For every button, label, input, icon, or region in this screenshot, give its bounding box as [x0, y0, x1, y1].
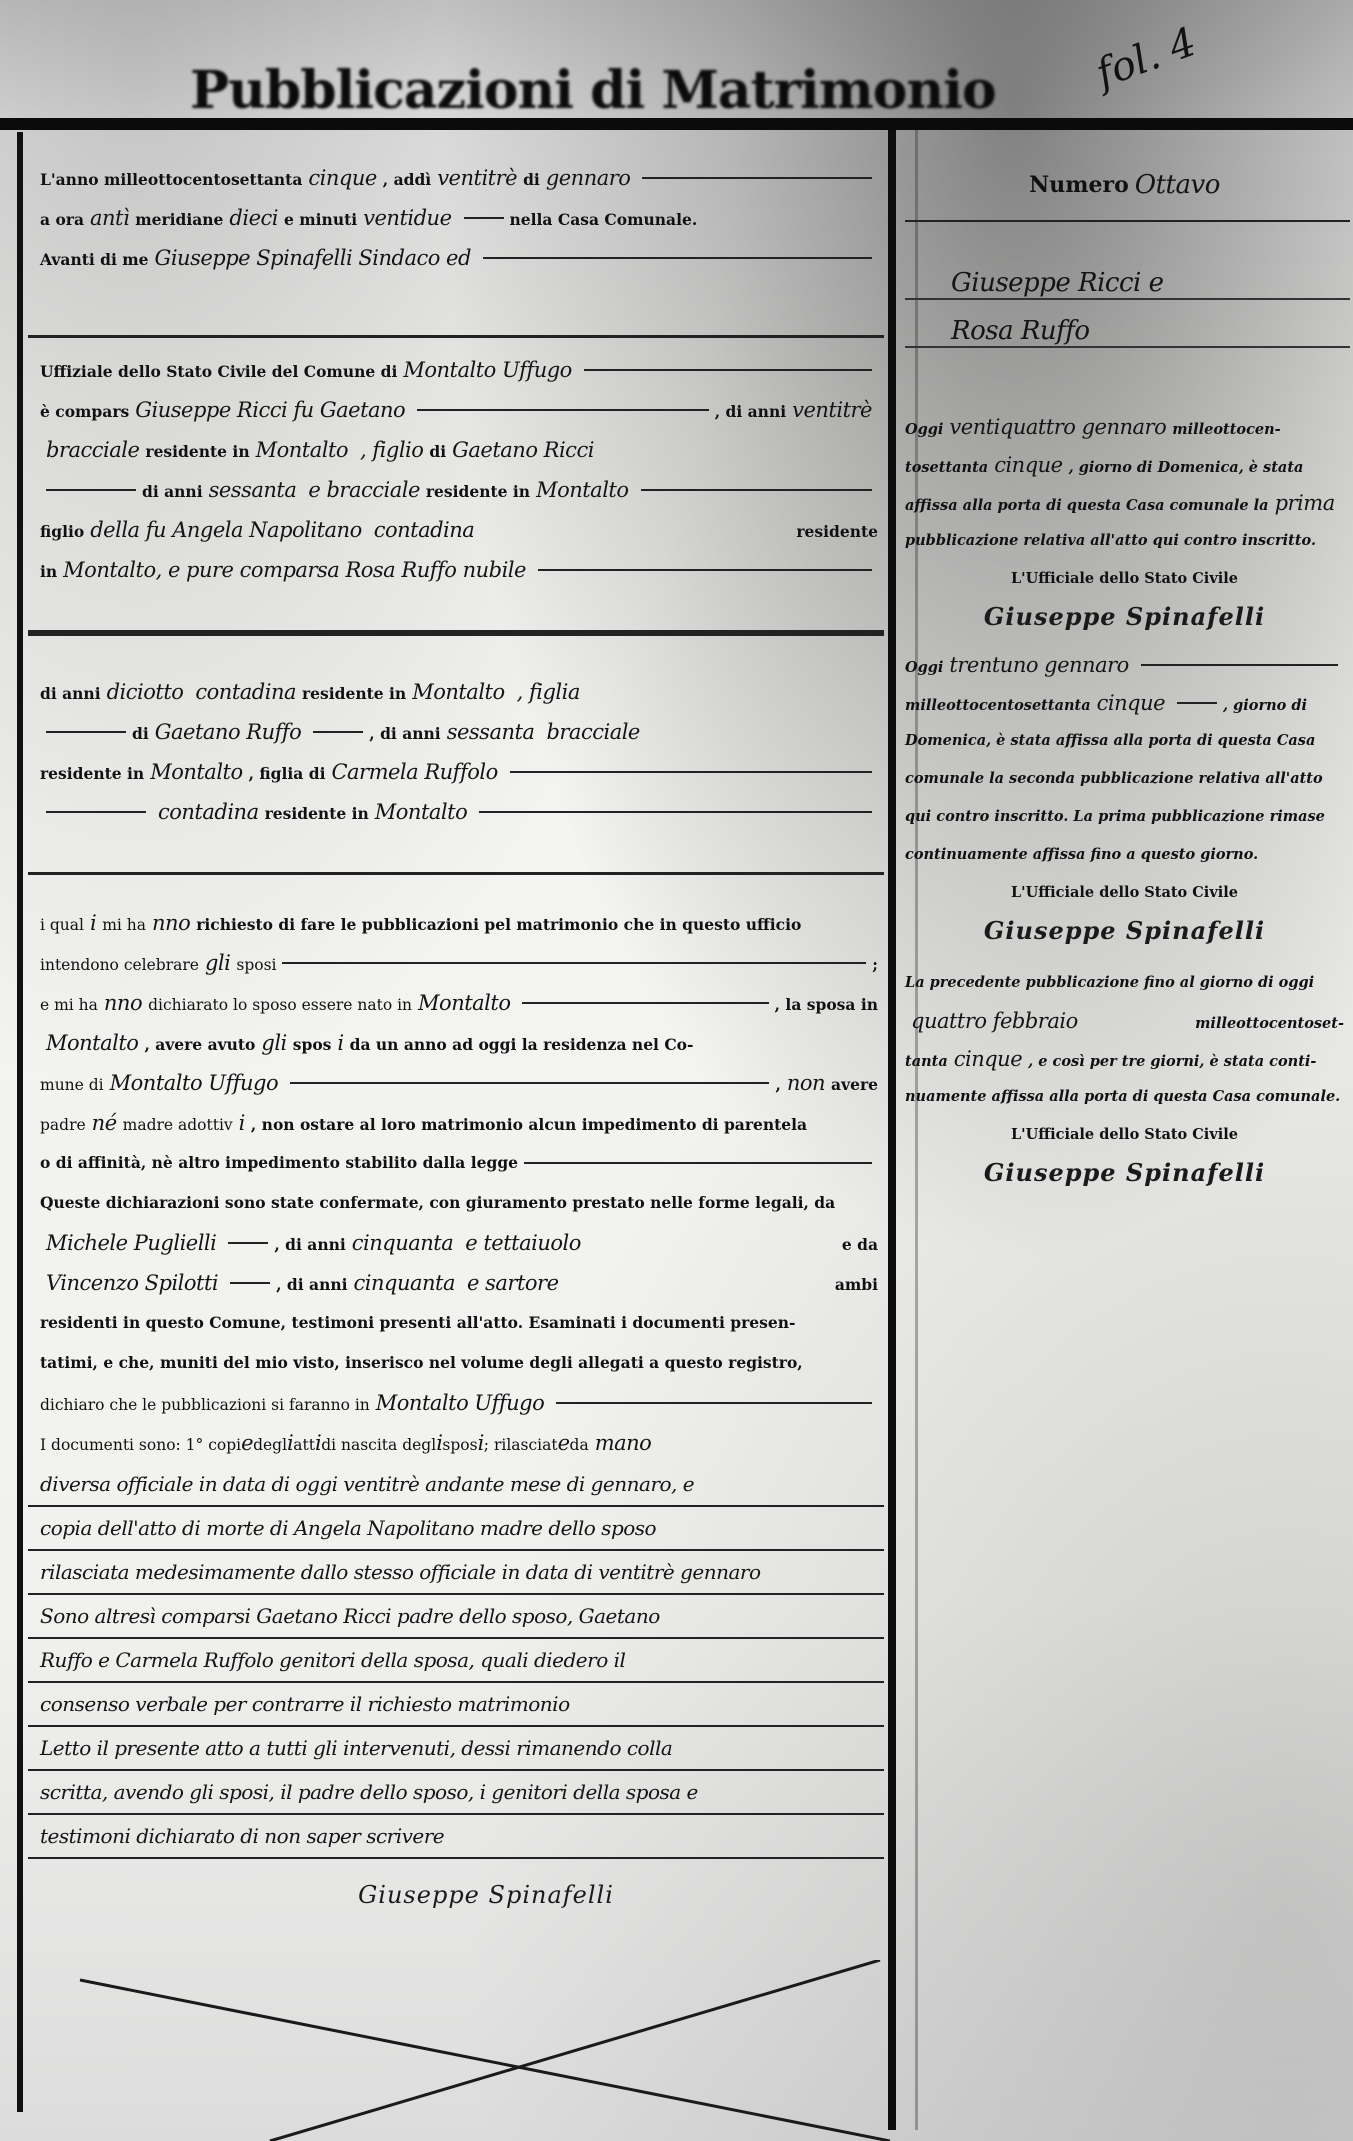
printed-text: residente in	[302, 674, 406, 714]
declarations-block: i qual i mi ha nno richiesto di fare le …	[28, 875, 884, 1909]
notice-line: continuamente affissa fino a questo gior…	[905, 836, 1350, 874]
printed-text: residente in	[40, 754, 144, 794]
officer-label: L'Ufficiale dello Stato Civile	[905, 1116, 1350, 1154]
groom-block: Uffiziale dello Stato Civile del Comune …	[28, 338, 884, 633]
handwritten-text: copia dell'atto di morte di Angela Napol…	[40, 1507, 656, 1549]
printed-text: degl	[253, 1425, 287, 1465]
fill-line	[282, 962, 866, 964]
handwritten-groom-age: ventitrè	[792, 390, 872, 430]
handwritten-mother-occupation: contadina	[374, 510, 475, 550]
printed-text: I documenti sono: 1° copi	[40, 1425, 241, 1465]
handwritten-text: Letto il presente atto a tutti gli inter…	[40, 1727, 672, 1769]
printed-text: tanta	[905, 1043, 948, 1081]
printed-text: tatimi, e che, muniti del mio visto, ins…	[40, 1343, 803, 1383]
intent-line: intendono celebrare gli sposi ;	[28, 943, 884, 983]
bride-age-line: di anni diciotto contadina residente in …	[28, 672, 884, 712]
printed-text: , di anni	[274, 1225, 345, 1265]
officer-line: Avanti di me Giuseppe Spinafelli Sindaco…	[28, 238, 884, 278]
printed-text: di anni	[142, 472, 203, 512]
third-publication-notice: La precedente pubblicazione fino al gior…	[905, 964, 1350, 1192]
printed-text: , avere avuto	[144, 1025, 255, 1065]
handwritten-note-line: Sono altresì comparsi Gaetano Ricci padr…	[28, 1595, 884, 1639]
printed-text: L'anno milleottocentosettanta	[40, 160, 302, 200]
printed-text: e mi ha	[40, 985, 98, 1025]
notice-line: quattro febbraio milleottocentoset-	[905, 1002, 1350, 1040]
printed-text: dichiaro che le pubblicazioni si faranno…	[40, 1385, 370, 1425]
handwritten-date: trentuno gennaro	[949, 646, 1128, 684]
handwritten-hour: dieci	[229, 198, 278, 238]
page-title: Pubblicazioni di Matrimonio	[190, 60, 1090, 121]
witness1-line: Michele Puglielli , di anni cinquanta e …	[28, 1223, 884, 1263]
printed-text: dichiarato lo sposo essere nato in	[148, 985, 412, 1025]
printed-text: continuamente affissa fino a questo gior…	[905, 836, 1258, 874]
fill-line	[538, 569, 872, 571]
handwritten-comune: Montalto Uffugo	[110, 1063, 278, 1103]
printed-text: Uffiziale dello Stato Civile del Comune …	[40, 352, 397, 392]
handwritten-year: cinque	[1097, 684, 1165, 722]
bride-mother-line: residente in Montalto , figlia di Carmel…	[28, 752, 884, 792]
handwritten-date: ventiquattro gennaro	[949, 408, 1166, 446]
notice-line: Oggi ventiquattro gennaro milleottocen-	[905, 408, 1350, 446]
groom-mother-line: figlio della fu Angela Napolitano contad…	[28, 510, 884, 550]
numero-label: Numero	[1029, 172, 1129, 198]
printed-text: , giorno di Domenica, è stata	[1069, 449, 1304, 487]
handwritten-bride-father: Gaetano Ruffo	[155, 712, 302, 752]
bride-block: di anni diciotto contadina residente in …	[28, 633, 884, 875]
handwritten-note-line: Letto il presente atto a tutti gli inter…	[28, 1727, 884, 1771]
fill-line	[1177, 702, 1217, 704]
fill-line	[46, 811, 146, 813]
fill-line	[556, 1402, 872, 1404]
handwritten-occupation: bracciale	[46, 430, 139, 470]
handwritten-text: i	[337, 1023, 343, 1063]
handwritten-text: , figlia	[517, 672, 580, 712]
printed-text: , di anni	[369, 714, 440, 754]
handwritten-groom: Giuseppe Ricci e	[951, 268, 1163, 298]
notice-line: tanta cinque , e così per tre giorni, è …	[905, 1040, 1350, 1078]
handwritten-note-line: Ruffo e Carmela Ruffolo genitori della s…	[28, 1639, 884, 1683]
printed-text: milleottocen-	[1172, 411, 1280, 449]
handwritten-bride-intro: Montalto, e pure comparsa Rosa Ruffo nub…	[63, 550, 526, 590]
printed-text: da	[570, 1425, 589, 1465]
handwritten-residence: Montalto	[375, 792, 467, 832]
printed-text: Oggi	[905, 411, 943, 449]
printed-text: di	[132, 714, 149, 754]
handwritten-year: cinque	[308, 158, 376, 198]
officer-signature: Giuseppe Spinafelli	[358, 1881, 614, 1909]
printed-text: figlio	[40, 512, 84, 552]
printed-text: milleottocentosettanta	[905, 687, 1091, 725]
printed-text: ambi	[835, 1265, 878, 1305]
printed-text: avere	[831, 1065, 878, 1105]
printed-text: tosettanta	[905, 449, 988, 487]
birthplace-line: e mi ha nno dichiarato lo sposo essere n…	[28, 983, 884, 1023]
handwritten-father-age: sessanta	[447, 712, 535, 752]
printed-text: L'Ufficiale dello Stato Civile	[1011, 560, 1238, 598]
fill-line	[1141, 664, 1338, 666]
notice-line: affissa alla porta di questa Casa comuna…	[905, 484, 1350, 522]
printed-text: , di anni	[715, 392, 786, 432]
fill-line	[46, 731, 126, 733]
handwritten-notes: diversa officiale in data di oggi ventit…	[28, 1463, 884, 1859]
notice-line: tosettanta cinque , giorno di Domenica, …	[905, 446, 1350, 484]
printed-text: o di affinità, nè altro impedimento stab…	[40, 1143, 518, 1183]
handwritten-text: Sono altresì comparsi Gaetano Ricci padr…	[40, 1595, 660, 1637]
handwritten-year: cinque	[954, 1040, 1022, 1078]
printed-text: Queste dichiarazioni sono state conferma…	[40, 1183, 835, 1223]
printed-text: nella Casa Comunale.	[510, 200, 698, 240]
printed-text: residente in	[145, 432, 249, 472]
notice-line: qui contro inscritto. La prima pubblicaz…	[905, 798, 1350, 836]
notice-line: nuamente affissa alla porta di questa Ca…	[905, 1078, 1350, 1116]
handwritten-note-line: consenso verbale per contrarre il richie…	[28, 1683, 884, 1727]
printed-text: nuamente affissa alla porta di questa Ca…	[905, 1078, 1340, 1116]
signature-line: Giuseppe Spinafelli	[905, 1154, 1350, 1192]
fill-line	[641, 489, 873, 491]
handwritten-text: gli	[205, 943, 230, 983]
notice-line: pubblicazione relativa all'atto qui cont…	[905, 522, 1350, 560]
handwritten-act-number: Ottavo	[1135, 170, 1220, 200]
printed-text: richiesto di fare le pubblicazioni pel m…	[196, 905, 801, 945]
printed-text: di nascita degl	[321, 1425, 436, 1465]
second-publication-notice: Oggi trentuno gennaro milleottocentosett…	[905, 646, 1350, 950]
handwritten-text: e	[241, 1423, 253, 1463]
handwritten-witness2-age: cinquanta	[354, 1263, 455, 1303]
printed-text: , addì	[383, 160, 431, 200]
printed-text: e minuti	[284, 200, 357, 240]
handwritten-year: cinque	[994, 446, 1062, 484]
fill-line	[46, 489, 136, 491]
marriage-act-column: L'anno milleottocentosettanta cinque , a…	[28, 130, 884, 1909]
handwritten-text: i	[239, 1103, 245, 1143]
handwritten-father-age: sessanta	[209, 470, 297, 510]
notice-line: milleottocentosettanta cinque , giorno d…	[905, 684, 1350, 722]
groom-residence-line: bracciale residente in Montalto , figlio…	[28, 430, 884, 470]
handwritten-publication-place: Montalto Uffugo	[376, 1383, 544, 1423]
handwritten-note-line: rilasciata medesimamente dallo stesso of…	[28, 1551, 884, 1595]
printed-text: L'Ufficiale dello Stato Civile	[1011, 874, 1238, 912]
handwritten-text: consenso verbale per contrarre il richie…	[40, 1683, 570, 1725]
officer-label: L'Ufficiale dello Stato Civile	[905, 874, 1350, 912]
fill-line	[510, 771, 872, 773]
fill-line	[522, 1002, 768, 1004]
handwritten-text: nno	[104, 983, 142, 1023]
bride-intro-line: in Montalto, e pure comparsa Rosa Ruffo …	[28, 550, 884, 590]
handwritten-text: non	[787, 1063, 825, 1103]
printed-text: spos	[442, 1425, 477, 1465]
handwritten-text: nno	[152, 903, 190, 943]
printed-text: , figlia di	[249, 754, 326, 794]
printed-text: qui contro inscritto. La prima pubblicaz…	[905, 798, 1325, 836]
printed-text: , di anni	[276, 1265, 347, 1305]
handwritten-residence: Montalto	[256, 430, 348, 470]
time-line: a ora antì meridiane dieci e minuti vent…	[28, 198, 884, 238]
documents-line: I documenti sono: 1° copi e degl i att i…	[28, 1423, 884, 1463]
printed-text: La precedente pubblicazione fino al gior…	[905, 964, 1314, 1002]
printed-text: ,	[775, 1065, 780, 1105]
printed-text: residente in	[265, 794, 369, 834]
printed-text: di	[523, 160, 540, 200]
notice-line: Oggi trentuno gennaro	[905, 646, 1350, 684]
fill-line	[417, 409, 709, 411]
printed-text: padre	[40, 1105, 86, 1145]
handwritten-witness2-occupation: e sartore	[467, 1263, 559, 1303]
printed-text: madre adottiv	[123, 1105, 233, 1145]
handwritten-witness2-name: Vincenzo Spilotti	[46, 1263, 218, 1303]
volume-line: tatimi, e che, muniti del mio visto, ins…	[28, 1343, 884, 1383]
printed-text: L'Ufficiale dello Stato Civile	[1011, 1116, 1238, 1154]
handwritten-mother-name: della fu Angela Napolitano	[90, 510, 361, 550]
officer-signature: Giuseppe Spinafelli	[984, 1154, 1265, 1192]
date-line: L'anno milleottocentosettanta cinque , a…	[28, 158, 884, 198]
handwritten-text: diversa officiale in data di oggi ventit…	[40, 1463, 694, 1505]
printed-text: i qual	[40, 905, 84, 945]
act-header-block: L'anno milleottocentosettanta cinque , a…	[28, 130, 884, 338]
printed-text: mune di	[40, 1065, 104, 1105]
printed-text: comunale la seconda pubblicazione relati…	[905, 760, 1323, 798]
handwritten-mother-name: Carmela Ruffolo	[331, 752, 497, 792]
residents-line: residenti in questo Comune, testimoni pr…	[28, 1303, 884, 1343]
printed-text: ;	[872, 945, 878, 985]
handwritten-note-line: diversa officiale in data di oggi ventit…	[28, 1463, 884, 1507]
handwritten-residence: Montalto	[536, 470, 628, 510]
officer-signature: Giuseppe Spinafelli	[984, 912, 1265, 950]
handwritten-father-occupation: e bracciale	[308, 470, 420, 510]
handwritten-text: e	[558, 1423, 570, 1463]
oath-line: Queste dichiarazioni sono state conferma…	[28, 1183, 884, 1223]
handwritten-text: i	[90, 903, 96, 943]
printed-text: in	[40, 552, 57, 592]
handwritten-text: antì	[90, 198, 129, 238]
fill-line	[584, 369, 872, 371]
handwritten-bride-age: diciotto	[107, 672, 184, 712]
fill-line	[483, 257, 872, 259]
handwritten-text: testimoni dichiarato di non saper scrive…	[40, 1815, 444, 1857]
notice-line: La precedente pubblicazione fino al gior…	[905, 964, 1350, 1002]
handwritten-bride: Rosa Ruffo	[951, 316, 1090, 346]
witness2-line: Vincenzo Spilotti , di anni cinquanta e …	[28, 1263, 884, 1303]
handwritten-note-line: testimoni dichiarato di non saper scrive…	[28, 1815, 884, 1859]
printed-text: Oggi	[905, 649, 943, 687]
signature-line: Giuseppe Spinafelli	[905, 598, 1350, 636]
handwritten-text: , figlio	[360, 430, 423, 470]
groom-name-line: è compars Giuseppe Ricci fu Gaetano , di…	[28, 390, 884, 430]
handwritten-text: rilasciata medesimamente dallo stesso of…	[40, 1551, 761, 1593]
handwritten-note-line: scritta, avendo gli sposi, il padre dell…	[28, 1771, 884, 1815]
spouses-name-line: Giuseppe Ricci e	[905, 252, 1350, 300]
left-border-line	[17, 132, 23, 2112]
fill-line	[464, 217, 504, 219]
handwritten-residence: Montalto	[412, 672, 504, 712]
handwritten-text: prima	[1275, 484, 1335, 522]
handwritten-mother-occupation: contadina	[158, 792, 259, 832]
printed-text: mi ha	[102, 905, 146, 945]
handwritten-witness1-occupation: e tettaiuolo	[465, 1223, 581, 1263]
printed-text: ; rilasciat	[484, 1425, 558, 1465]
printed-text: meridiane	[135, 200, 223, 240]
printed-text: e da	[842, 1225, 878, 1265]
printed-text: milleottocentoset-	[1195, 1005, 1344, 1043]
printed-text: residente	[796, 512, 878, 552]
handwritten-officer-name: Giuseppe Spinafelli Sindaco ed	[155, 238, 471, 278]
spouses-name-line: Rosa Ruffo	[905, 300, 1350, 348]
notice-line: Domenica, è stata affissa alla porta di …	[905, 722, 1350, 760]
first-publication-notice: Oggi ventiquattro gennaro milleottocen- …	[905, 408, 1350, 636]
printed-text: a ora	[40, 200, 84, 240]
handwritten-note-line: copia dell'atto di morte di Angela Napol…	[28, 1507, 884, 1551]
fill-line	[479, 811, 872, 813]
printed-text: Domenica, è stata affissa alla porta di …	[905, 722, 1315, 760]
handwritten-father-name: Gaetano Ricci	[452, 430, 594, 470]
fill-line	[524, 1162, 872, 1164]
printed-text: , giorno di	[1223, 687, 1307, 725]
printed-text: spos	[293, 1025, 332, 1065]
handwritten-bride-birthplace: Montalto	[46, 1023, 138, 1063]
printed-text: di	[429, 432, 446, 472]
fill-line	[313, 731, 363, 733]
printed-text: Avanti di me	[40, 240, 149, 280]
handwritten-minutes: ventidue	[363, 198, 451, 238]
act-number-header: Numero Ottavo	[905, 150, 1350, 222]
printed-text: intendono celebrare	[40, 945, 199, 985]
impediment-line: padre né madre adottiv i , non ostare al…	[28, 1103, 884, 1143]
printed-text: , e così per tre giorni, è stata conti-	[1028, 1043, 1316, 1081]
handwritten-text: gli	[261, 1023, 286, 1063]
handwritten-text: scritta, avendo gli sposi, il padre dell…	[40, 1771, 698, 1813]
handwritten-residence: Montalto	[150, 752, 242, 792]
handwritten-date: quattro febbraio	[911, 1002, 1078, 1040]
printed-text: affissa alla porta di questa Casa comuna…	[905, 487, 1269, 525]
handwritten-groom-name: Giuseppe Ricci fu Gaetano	[135, 390, 405, 430]
officer-signature-area: Giuseppe Spinafelli	[28, 1859, 884, 1909]
handwritten-text: mano	[595, 1423, 652, 1463]
bride-mother-residence-line: contadina residente in Montalto	[28, 792, 884, 832]
strike-through-cross	[70, 1960, 890, 2141]
fill-line	[642, 177, 872, 179]
handwritten-month: gennaro	[546, 158, 631, 198]
officer-label: L'Ufficiale dello Stato Civile	[905, 560, 1350, 598]
handwritten-father-occupation: bracciale	[546, 712, 639, 752]
printed-text: , non ostare al loro matrimonio alcun im…	[251, 1105, 807, 1145]
signature-line: Giuseppe Spinafelli	[905, 912, 1350, 950]
request-line: i qual i mi ha nno richiesto di fare le …	[28, 903, 884, 943]
printed-text: è compars	[40, 392, 129, 432]
handwritten-bride-occupation: contadina	[195, 672, 296, 712]
comune-residence-line: mune di Montalto Uffugo , non avere	[28, 1063, 884, 1103]
printed-text: di anni	[40, 674, 101, 714]
printed-text: residente in	[426, 472, 530, 512]
handwritten-groom-birthplace: Montalto	[418, 983, 510, 1023]
handwritten-text: né	[92, 1103, 117, 1143]
officer-signature: Giuseppe Spinafelli	[984, 598, 1265, 636]
handwritten-witness1-age: cinquanta	[352, 1223, 453, 1263]
bride-father-line: di Gaetano Ruffo , di anni sessanta brac…	[28, 712, 884, 752]
handwritten-comune: Montalto Uffugo	[403, 350, 571, 390]
affinity-line: o di affinità, nè altro impedimento stab…	[28, 1143, 884, 1183]
handwritten-witness1-name: Michele Puglielli	[46, 1223, 216, 1263]
publication-notices-column: Numero Ottavo Giuseppe Ricci e Rosa Ruff…	[905, 130, 1350, 1192]
printed-text: residenti in questo Comune, testimoni pr…	[40, 1303, 795, 1343]
handwritten-day: ventitrè	[437, 158, 517, 198]
handwritten-text: Ruffo e Carmela Ruffolo genitori della s…	[40, 1639, 625, 1681]
fill-line	[230, 1282, 270, 1284]
printed-text: sposi	[236, 945, 276, 985]
printed-text: da un anno ad oggi la residenza nel Co-	[350, 1025, 694, 1065]
notice-line: comunale la seconda pubblicazione relati…	[905, 760, 1350, 798]
fill-line	[228, 1242, 268, 1244]
residence-year-line: Montalto , avere avuto gli spos i da un …	[28, 1023, 884, 1063]
fill-line	[290, 1082, 769, 1084]
printed-text: , la sposa in	[775, 985, 878, 1025]
printed-text: pubblicazione relativa all'atto qui cont…	[905, 522, 1316, 560]
printed-text: att	[293, 1425, 315, 1465]
column-divider	[888, 130, 896, 2130]
groom-father-line: di anni sessanta e bracciale residente i…	[28, 470, 884, 510]
comune-line: Uffiziale dello Stato Civile del Comune …	[28, 350, 884, 390]
top-rule-divider	[0, 118, 1353, 130]
publication-place-line: dichiaro che le pubblicazioni si faranno…	[28, 1383, 884, 1423]
